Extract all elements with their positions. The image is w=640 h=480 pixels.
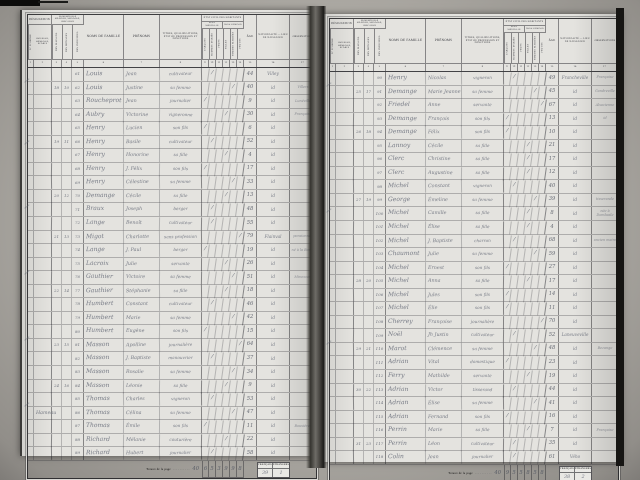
cell-age: 47	[244, 407, 257, 420]
cell-menage-no	[364, 140, 374, 153]
cell-surname: Perrin	[386, 437, 426, 450]
cell-menage-no	[62, 217, 72, 230]
cell-surname: Lacroix	[84, 258, 124, 271]
col-number: 10	[511, 63, 518, 71]
cell-given-name: Basile	[124, 136, 160, 149]
totals-frbox-wrap: Français38Étrangers2	[559, 465, 592, 480]
table-row: 69HenryCélestinesa femme/33id	[28, 176, 316, 190]
cell-menage-no	[62, 244, 72, 257]
cell-age: 19	[546, 370, 559, 383]
cell-age: 40	[546, 180, 559, 193]
cell-surname: Demange	[84, 190, 124, 203]
cell-maison-no	[354, 207, 364, 220]
cell-individu-no: 78	[72, 298, 84, 311]
cell-given-name: Stéphanie	[124, 284, 160, 297]
cell-given-name: Élie	[426, 302, 462, 315]
col-header-etat-4: Femmes mariées	[532, 33, 539, 63]
cell-profession: berger	[160, 203, 202, 216]
cell-surname: Michel	[386, 275, 426, 288]
cell-surname: Lange	[84, 244, 124, 257]
col-header-menages: des ménages	[364, 29, 374, 63]
cell-menage-no	[364, 235, 374, 248]
cell-menage-no	[62, 95, 72, 108]
cell-menage-no	[62, 271, 72, 284]
cell-surname: Michel	[386, 207, 426, 220]
cell-rue	[336, 180, 354, 193]
totals-page-total: 40	[192, 466, 199, 472]
col-number: 4	[62, 59, 72, 67]
cell-rue	[336, 424, 354, 437]
cell-birthplace: id	[257, 258, 290, 271]
cell-age: 8	[546, 207, 559, 220]
totals-tick-2: 3	[216, 461, 223, 478]
cell-maison-no	[354, 235, 364, 248]
cell-menage-no	[364, 113, 374, 126]
cell-individu-no: 113	[374, 384, 386, 397]
col-group-sexe-feminin: SEXE FÉMININ	[223, 22, 244, 29]
cell-surname: Richard	[84, 433, 124, 446]
cell-age: 22	[244, 434, 257, 447]
cell-individu-no: 83	[72, 366, 84, 379]
cell-surname: Braux	[84, 203, 124, 216]
table-row: 96ClercChristinesa fille/17id	[330, 153, 618, 167]
table-row: 93DemangeFrançoisson fils/13idid	[330, 113, 618, 127]
cell-rue	[34, 244, 52, 257]
cell-birthplace: id	[559, 302, 592, 315]
cell-observation	[592, 356, 618, 369]
table-row: 2820105MichelAnnasa fille/17id	[330, 275, 618, 289]
cell-individu-no: 71	[72, 203, 84, 216]
cell-individu-no: 76	[72, 271, 84, 284]
cell-maison-no	[52, 420, 62, 433]
cell-rue	[34, 447, 52, 460]
cell-menage-no	[364, 356, 374, 369]
cell-menage-no	[364, 262, 374, 275]
col-number: 12	[223, 59, 230, 67]
cell-profession: sa femme	[160, 312, 202, 325]
table-row: 90HenryNicolasvigneron/49FranchevilleFra…	[330, 72, 618, 86]
cell-profession: sa femme	[160, 271, 202, 284]
cell-menage-no	[364, 302, 374, 315]
cell-surname: Henry	[84, 149, 124, 162]
col-header-etat-2: Veufs	[518, 33, 525, 63]
cell-individu-no: 69	[72, 176, 84, 189]
table-row: 251791DemangeMarie Jeannesa femme/45idGo…	[330, 86, 618, 100]
cell-age: 51	[244, 271, 257, 284]
totals-row: Totaux de la page..........40653998Franç…	[28, 461, 316, 478]
cell-observation: Française	[592, 72, 618, 85]
cell-individu-no: 96	[374, 153, 386, 166]
cell-birthplace: id	[559, 140, 592, 153]
cell-rue	[34, 325, 52, 338]
cell-surname: Masson	[84, 366, 124, 379]
col-header-maisons: des maisons	[52, 25, 62, 59]
cell-rue	[336, 221, 354, 234]
cell-given-name: Fernand	[426, 411, 462, 424]
table-row: 116PerrinMariesa fille/7idFrançaise	[330, 424, 618, 438]
francais-etrangers-box: Français38Étrangers2	[559, 466, 592, 480]
cell-birthplace: id	[257, 420, 290, 433]
cell-profession: cultivateur	[160, 217, 202, 230]
totals-spacer	[330, 465, 386, 480]
table-row: 103ChaumontJuliesa femme/59id	[330, 248, 618, 262]
cell-menage-no: 16	[62, 380, 72, 393]
cell-profession: vigneron	[462, 180, 504, 193]
cell-individu-no: 104	[374, 262, 386, 275]
table-row: 92FriedelAnneservante/67idAlsacienne	[330, 99, 618, 113]
cell-birthplace: Laneuveville	[559, 329, 592, 342]
cell-rue	[336, 207, 354, 220]
cell-rue	[34, 95, 52, 108]
totals-tick-2: 5	[518, 465, 525, 480]
cell-profession: son fils	[160, 325, 202, 338]
cell-observation	[592, 438, 618, 451]
cell-birthplace: Francheville	[559, 72, 592, 85]
cell-profession: sa fille	[462, 275, 504, 288]
totals-tick-3: 8	[525, 465, 532, 480]
cell-birthplace: id	[257, 109, 290, 122]
cell-birthplace: id	[559, 343, 592, 356]
cell-birthplace: id	[257, 190, 290, 203]
col-number: 13	[230, 59, 237, 67]
cell-given-name: Clémence	[426, 343, 462, 356]
cell-given-name: Marie Jeanne	[426, 85, 462, 98]
col-header-maisons: des maisons	[354, 29, 364, 63]
cell-rue	[336, 140, 354, 153]
cell-rue	[336, 194, 354, 207]
col-number: 4	[364, 63, 374, 71]
cell-menage-no	[62, 176, 72, 189]
cell-age: 37	[244, 352, 257, 365]
cell-surname: Clerc	[386, 153, 426, 166]
cell-menage-no	[364, 289, 374, 302]
cell-given-name: Émeline	[426, 194, 462, 207]
cell-surname: Marot	[386, 343, 426, 356]
cell-age: 4	[244, 149, 257, 162]
cell-profession: couturière	[160, 433, 202, 446]
cell-menage-no: 20	[364, 275, 374, 288]
cell-rue	[336, 370, 354, 383]
cell-observation: née à Dombasle	[592, 207, 618, 220]
cell-maison-no	[52, 176, 62, 189]
cell-given-name: Célina	[124, 407, 160, 420]
cell-profession: sa fille	[160, 149, 202, 162]
cell-given-name: J. Baptiste	[426, 234, 462, 247]
cell-menage-no: 11	[62, 136, 72, 149]
page-edge-shadow	[616, 8, 624, 466]
cell-profession: sans profession	[160, 230, 202, 243]
cell-profession: son fils	[462, 411, 504, 424]
cell-age: 52	[244, 136, 257, 149]
cell-profession: son fils	[462, 112, 504, 125]
cell-birthplace: id	[257, 244, 290, 257]
cell-age: 21	[546, 140, 559, 153]
cell-given-name: Léonie	[124, 379, 160, 392]
cell-age: 59	[546, 248, 559, 261]
cell-maison-no: 19	[52, 136, 62, 149]
cell-observation	[592, 451, 618, 464]
col-number: 17	[592, 63, 618, 71]
cell-observation: Française	[592, 424, 618, 437]
cell-menage-no	[364, 180, 374, 193]
totals-tick-5: 8	[539, 465, 546, 480]
totals-tick-1: 5	[511, 465, 518, 480]
cell-surname: Friedel	[386, 99, 426, 112]
cell-rue	[34, 352, 52, 365]
cell-individu-no: 107	[374, 302, 386, 315]
col-header-etat-1: Hommes mariés	[209, 29, 216, 59]
cell-age: 12	[546, 167, 559, 180]
cell-profession: journalier	[160, 95, 202, 108]
cell-surname: Chaumont	[386, 248, 426, 261]
col-number: 14	[539, 63, 546, 71]
totals-label: Totaux de la page	[448, 472, 473, 475]
cell-birthplace: id	[257, 163, 290, 176]
col-header-nationalite: NATIONALITÉ — LIEU DE NAISSANCE	[257, 15, 290, 59]
cell-menage-no	[364, 153, 374, 166]
cell-profession: sa femme	[160, 176, 202, 189]
col-number: 2	[34, 59, 52, 67]
cell-surname: Henry	[84, 176, 124, 189]
cell-maison-no	[52, 217, 62, 230]
cell-birthplace: id	[559, 207, 592, 220]
cell-given-name: Jules	[426, 288, 462, 301]
cell-profession: sa femme	[462, 343, 504, 356]
cell-observation	[592, 275, 618, 288]
cell-maison-no	[52, 163, 62, 176]
cell-birthplace: id	[559, 194, 592, 207]
cell-age: 35	[546, 438, 559, 451]
cell-individu-no: 99	[374, 194, 386, 207]
col-header-prenoms: PRÉNOMS	[426, 19, 462, 63]
cell-individu-no: 90	[374, 72, 386, 85]
cell-profession: domestique	[462, 356, 504, 369]
cell-maison-no: 26	[354, 126, 364, 139]
cell-individu-no: 110	[374, 343, 386, 356]
cell-given-name: Victorine	[124, 108, 160, 121]
cell-maison-no: 28	[354, 275, 364, 288]
cell-birthplace: id	[559, 126, 592, 139]
cell-profession: servante	[160, 258, 202, 271]
cell-individu-no: 93	[374, 113, 386, 126]
cell-menage-no: 21	[364, 343, 374, 356]
cell-rue	[336, 113, 354, 126]
col-header-etat-2: Veufs	[216, 29, 223, 59]
cell-rue	[34, 434, 52, 447]
cell-menage-no: 22	[364, 384, 374, 397]
cell-maison-no	[52, 271, 62, 284]
cell-age: 49	[546, 72, 559, 85]
book-spine-gutter	[306, 6, 326, 468]
table-row: 181062LouisJustinesa femme/40idVillers	[28, 82, 316, 96]
cell-surname: Demange	[386, 126, 426, 139]
table-row: 83MassonRosaliesa femme/34id	[28, 366, 316, 380]
cell-age: 55	[244, 217, 257, 230]
col-header-observations: OBSERVATIONS	[592, 19, 618, 63]
cell-given-name: J. Baptiste	[124, 352, 160, 365]
etrangers-col: Étrangers2	[575, 467, 591, 480]
cell-rue	[336, 234, 354, 247]
cell-given-name: Jean	[124, 95, 160, 108]
cell-menage-no: 18	[364, 126, 374, 139]
cell-birthplace: id	[257, 95, 290, 108]
col-header-age: ÂGE	[244, 15, 257, 59]
cell-rue	[336, 248, 354, 261]
cell-rue	[336, 262, 354, 275]
cell-profession: son fils	[160, 162, 202, 175]
col-header-rues: des rues, hameaux, écarts	[34, 25, 52, 59]
cell-rue	[336, 316, 354, 329]
cell-age: 11	[546, 302, 559, 315]
cell-surname: Aubry	[84, 108, 124, 121]
cell-surname: Gauthier	[84, 284, 124, 297]
cell-profession: sa fille	[462, 140, 504, 153]
cell-surname: Adrian	[386, 411, 426, 424]
cell-surname: Roucheprot	[84, 95, 124, 108]
col-number: 6	[386, 63, 426, 71]
cell-menage-no	[364, 411, 374, 424]
cell-age: 9	[244, 95, 257, 108]
cell-menage-no	[62, 352, 72, 365]
cell-individu-no: 111	[374, 356, 386, 369]
table-row: 98MichelConstantvigneron/40id	[330, 180, 618, 194]
cell-given-name: Mathilde	[426, 370, 462, 383]
cell-individu-no: 108	[374, 316, 386, 329]
cell-maison-no	[354, 99, 364, 112]
cell-menage-no	[364, 207, 374, 220]
cell-age: 48	[244, 203, 257, 216]
cell-age: 17	[546, 275, 559, 288]
cell-maison-no	[354, 289, 364, 302]
cell-menage-no	[364, 316, 374, 329]
cell-maison-no	[354, 248, 364, 261]
cell-profession: sa femme	[160, 366, 202, 379]
cell-birthplace: id	[559, 424, 592, 437]
col-group-etat-civil: ÉTAT CIVIL DES HABITANTS	[504, 19, 546, 26]
cell-menage-no	[62, 312, 72, 325]
cell-birthplace: id	[257, 407, 290, 420]
table-row: 61LouisJeancultivateur/44Villey	[28, 68, 316, 82]
cell-given-name: Léon	[426, 437, 462, 450]
cell-given-name: Élise	[426, 221, 462, 234]
cell-surname: Adrian	[386, 397, 426, 410]
cell-surname: Henry	[84, 163, 124, 176]
cell-profession: sa fille	[462, 153, 504, 166]
cell-birthplace: id	[257, 82, 290, 95]
cell-rue	[34, 285, 52, 298]
cell-age: 64	[244, 339, 257, 352]
totals-spacer	[28, 461, 84, 478]
col-group-sexe-feminin: SEXE FÉMININ	[525, 26, 546, 33]
cell-age: 10	[546, 126, 559, 139]
etrangers-col: Étrangers1	[273, 463, 289, 477]
cell-profession: vigneron	[462, 72, 504, 85]
cell-individu-no: 77	[72, 285, 84, 298]
cell-age: 14	[546, 289, 559, 302]
cell-individu-no: 115	[374, 411, 386, 424]
cell-observation	[592, 411, 618, 424]
cell-age: 27	[546, 262, 559, 275]
col-group-sexe-masculin: SEXE MASCULIN	[504, 26, 525, 33]
col-header-rues: des rues, hameaux, écarts	[336, 29, 354, 63]
cell-profession: sa femme	[160, 81, 202, 94]
cell-surname: Henry	[84, 122, 124, 135]
cell-profession: charron	[462, 234, 504, 247]
cell-age: 52	[546, 329, 559, 342]
cell-individu-no: 63	[72, 95, 84, 108]
cell-profession: journalier	[160, 447, 202, 460]
cell-surname: Richard	[84, 447, 124, 460]
cell-menage-no	[364, 329, 374, 342]
francais-col: Français38	[560, 467, 575, 480]
cell-birthplace: id	[257, 352, 290, 365]
cell-given-name: Célestine	[124, 176, 160, 189]
cell-individu-no: 72	[72, 217, 84, 230]
cell-given-name: Vital	[426, 356, 462, 369]
cell-maison-no	[52, 203, 62, 216]
totals-tick-3: 9	[223, 461, 230, 478]
cell-individu-no: 68	[72, 163, 84, 176]
table-row: 82MassonJ. Baptistemanouvrier/37id	[28, 352, 316, 366]
cell-surname: Thomas	[84, 420, 124, 433]
cell-rue	[336, 85, 354, 98]
table-row: 231581MassonApollinejournalière/64id	[28, 339, 316, 353]
cell-menage-no	[364, 370, 374, 383]
cell-maison-no	[52, 352, 62, 365]
cell-observation	[592, 289, 618, 302]
cell-surname: Gauthier	[84, 271, 124, 284]
table-row: 68HenryJ. Félixson fils/17id	[28, 163, 316, 177]
cell-birthplace: id	[559, 99, 592, 112]
col-header-etat-3: Filles	[525, 33, 532, 63]
cell-birthplace: id	[257, 434, 290, 447]
cell-observation: Gondreville	[592, 86, 618, 99]
cell-profession: sa femme	[462, 397, 504, 410]
col-number: 8	[160, 59, 202, 67]
cell-birthplace: id	[257, 149, 290, 162]
cell-given-name: Jean	[124, 68, 160, 81]
cell-rue	[336, 397, 354, 410]
cell-birthplace: id	[559, 411, 592, 424]
table-row: 3022113AdrianVictortisserand/44id	[330, 384, 618, 398]
col-header-menages: des ménages	[62, 25, 72, 59]
cell-menage-no	[62, 258, 72, 271]
cell-surname: Michel	[386, 234, 426, 247]
cell-birthplace: id	[559, 289, 592, 302]
francais-col: Français39	[258, 463, 273, 477]
cell-given-name: Émile	[124, 420, 160, 433]
cell-birthplace: Flainval	[257, 231, 290, 244]
cell-birthplace: id	[257, 366, 290, 379]
col-header-noms: NOMS DE FAMILLE	[84, 15, 124, 59]
cell-age: 46	[244, 298, 257, 311]
cell-birthplace: id	[559, 384, 592, 397]
cell-given-name: Lucien	[124, 122, 160, 135]
cell-maison-no	[52, 407, 62, 420]
cell-profession: sa fille	[462, 424, 504, 437]
cell-given-name: Camille	[426, 207, 462, 220]
cell-age: 16	[546, 411, 559, 424]
cell-rue	[336, 302, 354, 315]
cell-observation: Alsacienne	[592, 99, 618, 112]
cell-surname: Masson	[84, 339, 124, 352]
table-row: 2921110MarotClémencesa femme/48idBezange	[330, 343, 618, 357]
cell-birthplace: id	[559, 370, 592, 383]
cell-menage-no	[62, 434, 72, 447]
col-header-age: ÂGE	[546, 19, 559, 63]
totals-label-area: Totaux de la page..........40	[84, 461, 202, 478]
cell-birthplace: id	[257, 203, 290, 216]
